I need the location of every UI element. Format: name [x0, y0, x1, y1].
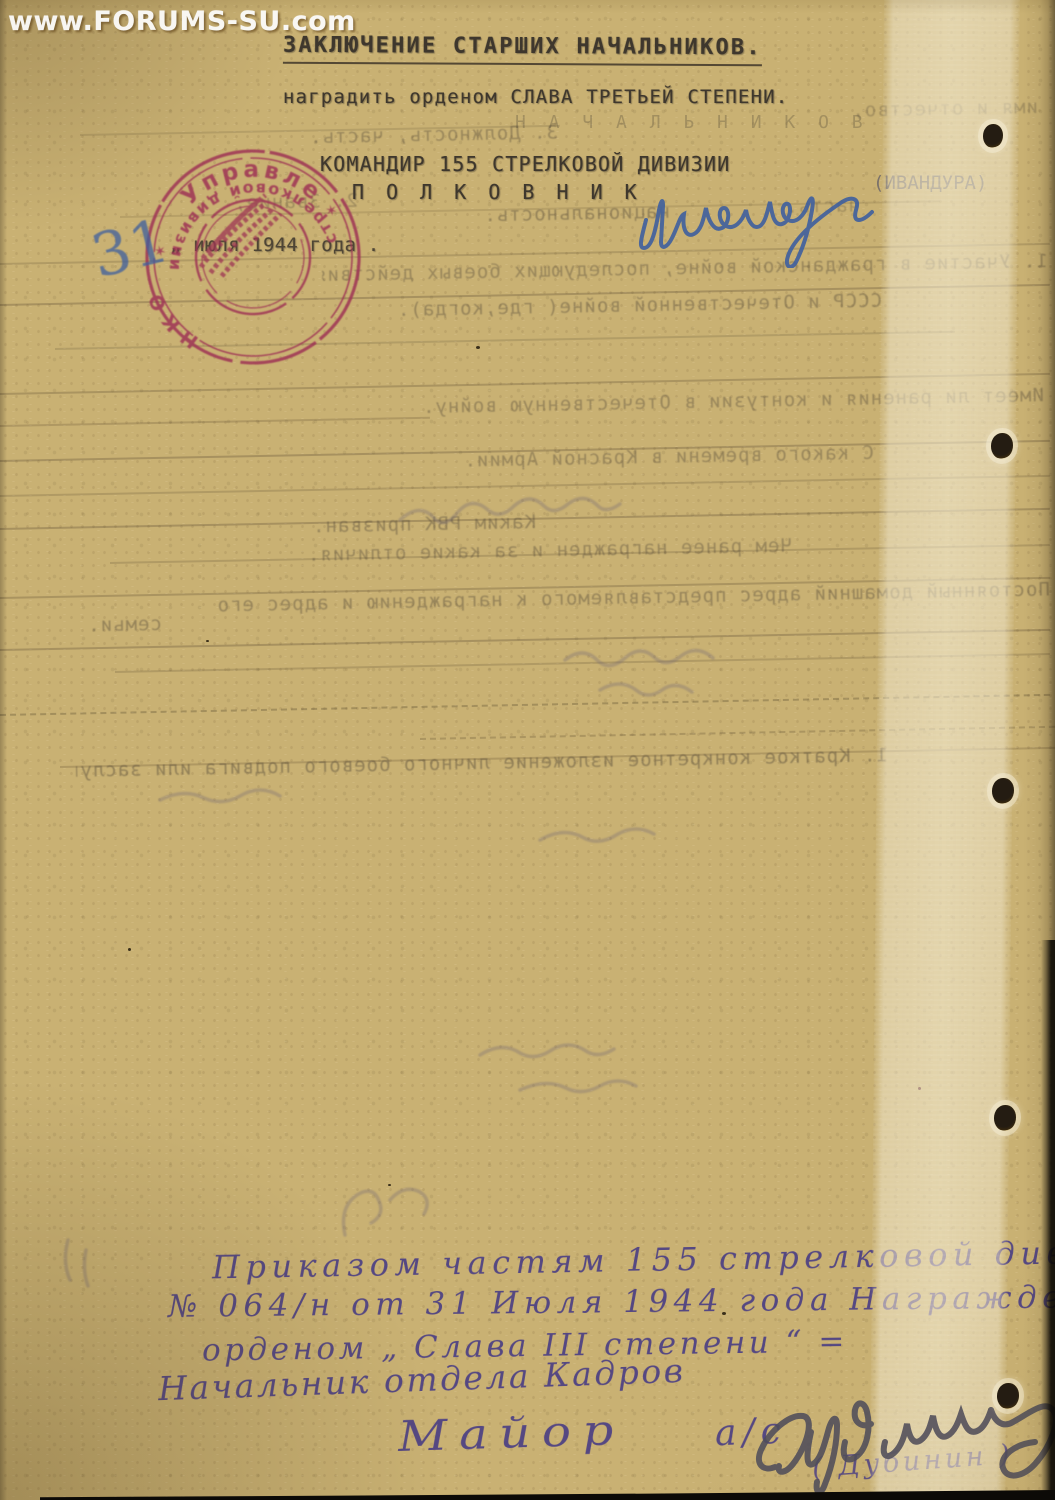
- bleedthrough-text-line: Чем ранее награжден и за какие отличия.: [230, 535, 792, 568]
- handwritten-order-line1: Приказом частям 155 стрелковой дивизии: [212, 1232, 1055, 1287]
- rank-line: П О Л К О В Н И К: [352, 180, 642, 204]
- bleedthrough-text-line: СССР и Отечественной войне( где,когда).: [322, 290, 882, 323]
- punch-hole: [994, 1105, 1016, 1131]
- ruled-pencil-line: [115, 653, 1050, 673]
- scanned-award-document: имя и отчество,3. Должность, часть.2. Зв…: [0, 0, 1055, 1500]
- round-stamp: Управле НКО стрелковой дивизии ✶ ✶: [138, 142, 368, 372]
- punch-hole: [991, 433, 1013, 459]
- document-title: ЗАКЛЮЧЕНИЕ СТАРШИХ НАЧАЛЬНИКОВ.: [283, 33, 762, 67]
- paper-speck: [476, 346, 480, 349]
- scan-edge-right: [1023, 0, 1055, 1500]
- bleedthrough-text-line: 1. Краткое конкретное изложение личного …: [76, 744, 888, 782]
- punch-hole: [992, 778, 1014, 804]
- bleedthrough-text-line: Постоянный домашний адрес представляемог…: [50, 578, 1050, 619]
- award-order-line: наградить орденом СЛАВА ТРЕТЬЕЙ СТЕПЕНИ.: [283, 86, 789, 108]
- paper-speck: [206, 640, 209, 642]
- forum-watermark: www.FORUMS-SU.com: [8, 6, 356, 37]
- scan-edge-bottom: [40, 1490, 1055, 1500]
- ruled-pencil-line: [0, 694, 1050, 716]
- handwritten-signer-rank: Майор: [397, 1405, 626, 1461]
- bleedthrough-text-line: семьи.: [50, 613, 162, 637]
- bleedthrough-text-line: Имеет ли ранения и контузии в Отечествен…: [226, 384, 1044, 422]
- bleedthrough-text-line: С какого времени в Красной Армии.: [326, 442, 874, 475]
- ruled-pencil-line: [420, 726, 1055, 740]
- scan-edge-left: [0, 0, 8, 1500]
- bleedthrough-text-line: национальность.: [330, 201, 670, 230]
- paper-speck: [388, 1184, 391, 1186]
- handwritten-order-line2: № 064/н от 31 Июля 1944 года Награжден: [168, 1279, 1055, 1325]
- punch-hole: [983, 124, 1003, 148]
- paper-speck: [918, 1087, 921, 1090]
- signature-ivandura: [632, 158, 892, 268]
- paper-speck: [128, 948, 131, 951]
- ruled-pencil-line: [0, 475, 1050, 497]
- bleedthrough-text-line: Каким РВК призван.: [230, 511, 536, 539]
- title-ghost-impression: Н А Ч А Л Ь Н И К О В: [515, 112, 869, 133]
